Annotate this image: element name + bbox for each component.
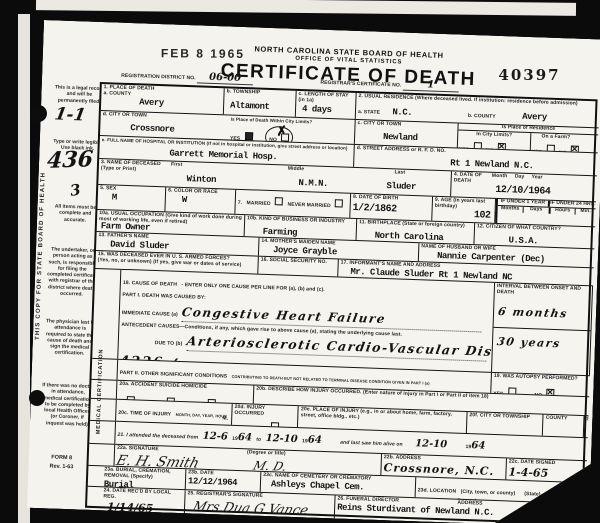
field-injury-city: 20f. CITY OR TOWNSHIP: [467, 412, 544, 436]
residence-county-value: Avery: [522, 112, 547, 123]
field-date-received: 24. DATE REC'D BY LOCAL REG. 1/14/65: [87, 487, 186, 513]
interval-a-value: 6 months: [497, 305, 569, 320]
residence-state: a. STATE N.C.: [358, 100, 469, 122]
attended-to-year: 64: [308, 434, 322, 445]
form-number: FORM 8 Rev. 1-63: [38, 453, 85, 472]
margin-note-physician: The physician last in attendance is requ…: [43, 318, 96, 357]
field-under-one-year: IF UNDER 1 YEAR IF UNDER 24 HRS. Months …: [495, 199, 596, 226]
certificate-page: THIS COPY FOR STATE BOARD OF HEALTH This…: [27, 20, 600, 523]
margin-note-no-doctor: If there was no doctor in attendance, me…: [41, 382, 94, 428]
field-date-of-birth: 8. DATE OF BIRTH 1/2/1862: [350, 194, 433, 221]
margin-note-undertaker: The undertaker, or person acting as such…: [45, 246, 99, 298]
immediate-cause-value: Congestive Heart Failure: [181, 305, 388, 326]
handwritten-x-mark: ✗: [276, 123, 289, 140]
date-of-birth-value: 1/2/1862: [352, 203, 429, 217]
place-city-value: Crossnore: [130, 123, 174, 135]
residence-state-value: N.C.: [392, 107, 412, 118]
race-value: W: [182, 195, 233, 207]
last-saw-year: 64: [471, 440, 485, 451]
field-burial-date: 23b. DATE 12/12/1964: [186, 469, 262, 492]
field-funeral-director: 26. FUNERAL DIRECTOR ADDRESS Reins Sturd…: [335, 495, 586, 523]
certificate-form: 1. PLACE OF DEATH a. COUNTY Avery b. TOW…: [85, 82, 598, 523]
sex-value: M: [112, 192, 163, 204]
interval-divider: [494, 327, 591, 331]
field-race: 6. COLOR OR RACE W: [165, 187, 236, 213]
field-interval: INTERVAL BETWEEN ONSET AND DEATH 6 month…: [492, 283, 593, 375]
margin-note-complete: All items must be complete and accurate.: [49, 203, 102, 224]
registrar-certificate-label: REGISTRAR'S CERTIFICATE NO.: [320, 80, 401, 89]
form-revision: Rev. 1-63: [38, 462, 84, 472]
registrar-signature-value: Mrs Dua G Vance: [191, 499, 310, 518]
date-received-value: 1/14/65: [107, 500, 182, 513]
field-length-of-stay: c. LENGTH OF STAY (in 1a) 4 days: [296, 91, 357, 119]
margin-handwritten-1-1: 1-1: [53, 104, 87, 125]
registration-district-label: REGISTRATION DISTRICT NO.: [121, 73, 196, 82]
medical-strip-6: [89, 444, 116, 466]
married-checkbox: [275, 197, 283, 205]
field-sex: 5. SEX M: [97, 185, 166, 211]
under-subcols: Months Days Hours Min.: [498, 206, 596, 215]
field-township: b. TOWNSHIP Altamont: [224, 88, 297, 116]
date-signed-value: 1-4-65: [508, 465, 584, 481]
field-injury-county: COUNTY: [543, 415, 584, 437]
death-limits-yes-checkbox: [245, 132, 253, 140]
field-registrar-signature: 25. REGISTRAR'S SIGNATURE Mrs Dua G Vanc…: [185, 490, 336, 518]
attended-to-value: 12-10: [266, 433, 298, 445]
age-value: 102: [474, 210, 491, 222]
field-date-signed: 22c. DATE SIGNED 1-4-65: [506, 458, 587, 482]
margin-note-legal: This is a legal record and will be perma…: [53, 84, 106, 105]
scanner-top-band: [36, 0, 576, 16]
burial-date-value: 12/12/1964: [188, 476, 258, 488]
field-residence-city: c. CITY OR TOWN Newland: [355, 120, 459, 148]
last-name-value: Sluder: [386, 181, 416, 192]
street-address-value: Rt 1 Newland N.C.: [450, 158, 534, 171]
field-cause-of-death: 18. CAUSE OF DEATH - ENTER ONLY ONE CAUS…: [118, 270, 495, 372]
row-cause-of-death: 18. CAUSE OF DEATH - ENTER ONLY ONE CAUS…: [92, 268, 593, 375]
attended-from-value: 12-6: [203, 431, 228, 443]
margin-handwritten-436: 436: [46, 146, 94, 174]
field-injury-state: STATE: [584, 416, 589, 437]
field-injury-occurred: 20d. INJURY OCCURRED WHILE AT WORK NOT W…: [232, 404, 299, 427]
scanner-edge-stripe: [18, 14, 30, 523]
marital-line1: 7. MARRIED NEVER MARRIED: [238, 191, 349, 213]
residence-county: b. COUNTY Avery: [468, 104, 547, 125]
last-saw-value: 12-10: [415, 438, 447, 450]
never-married-checkbox: [335, 199, 343, 207]
stay-value: 4 days: [302, 104, 332, 115]
field-age: 9. AGE (In years last birthday) 102: [432, 197, 496, 223]
attended-from-year: 64: [238, 432, 252, 443]
punch-hole-top: [30, 105, 47, 122]
registration-district-value: 06-00: [197, 71, 253, 85]
interval-b-value: 30 years: [496, 335, 562, 350]
first-name-value: Winton: [186, 174, 216, 185]
date-of-death-value: 12/10/1964: [495, 185, 550, 198]
registrar-certificate-value: 1: [403, 79, 459, 93]
margin-handwritten-3: 3: [69, 181, 82, 200]
place-county-value: Avery: [139, 97, 164, 108]
residence-city-value: Newland: [383, 132, 418, 143]
punch-hole-bottom: [29, 390, 45, 406]
township-value: Altamont: [230, 101, 270, 112]
middle-name-value: N.M.N.: [298, 178, 328, 189]
